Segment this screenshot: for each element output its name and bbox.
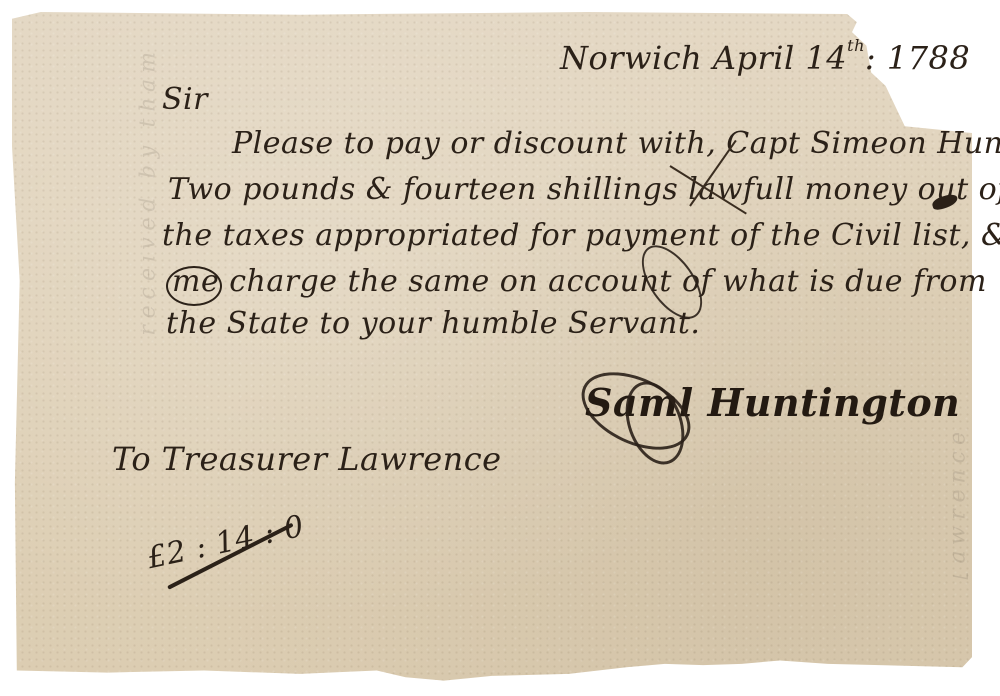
salutation: Sir [162, 82, 208, 117]
body-line-5: the State to your humble Servant. [166, 306, 700, 341]
circled-word-mark [166, 266, 222, 306]
date-line: Norwich April 14th: 1788 [560, 36, 970, 77]
year: : 1788 [865, 39, 970, 77]
body-line-4: me charge the same on account of what is… [172, 264, 987, 299]
date-suffix: th [847, 36, 865, 55]
document-paper: ɯɐɥʇ ʎq pǝʌıǝɔǝɹ ǝɔuǝɹʍɐ˥ [12, 12, 972, 684]
body-line-3: the taxes appropriated for payment of th… [162, 218, 1000, 253]
place-date: Norwich April 14 [560, 39, 847, 77]
body-line-2: Two pounds & fourteen shillings lawfull … [168, 172, 1000, 207]
bleed-through-text-right: ǝɔuǝɹʍɐ˥ [947, 432, 972, 586]
bleed-through-text-left: ɯɐɥʇ ʎq pǝʌıǝɔǝɹ [137, 52, 162, 341]
body-line-1: Please to pay or discount with, Capt Sim… [232, 126, 1000, 161]
addressee: To Treasurer Lawrence [112, 440, 502, 478]
